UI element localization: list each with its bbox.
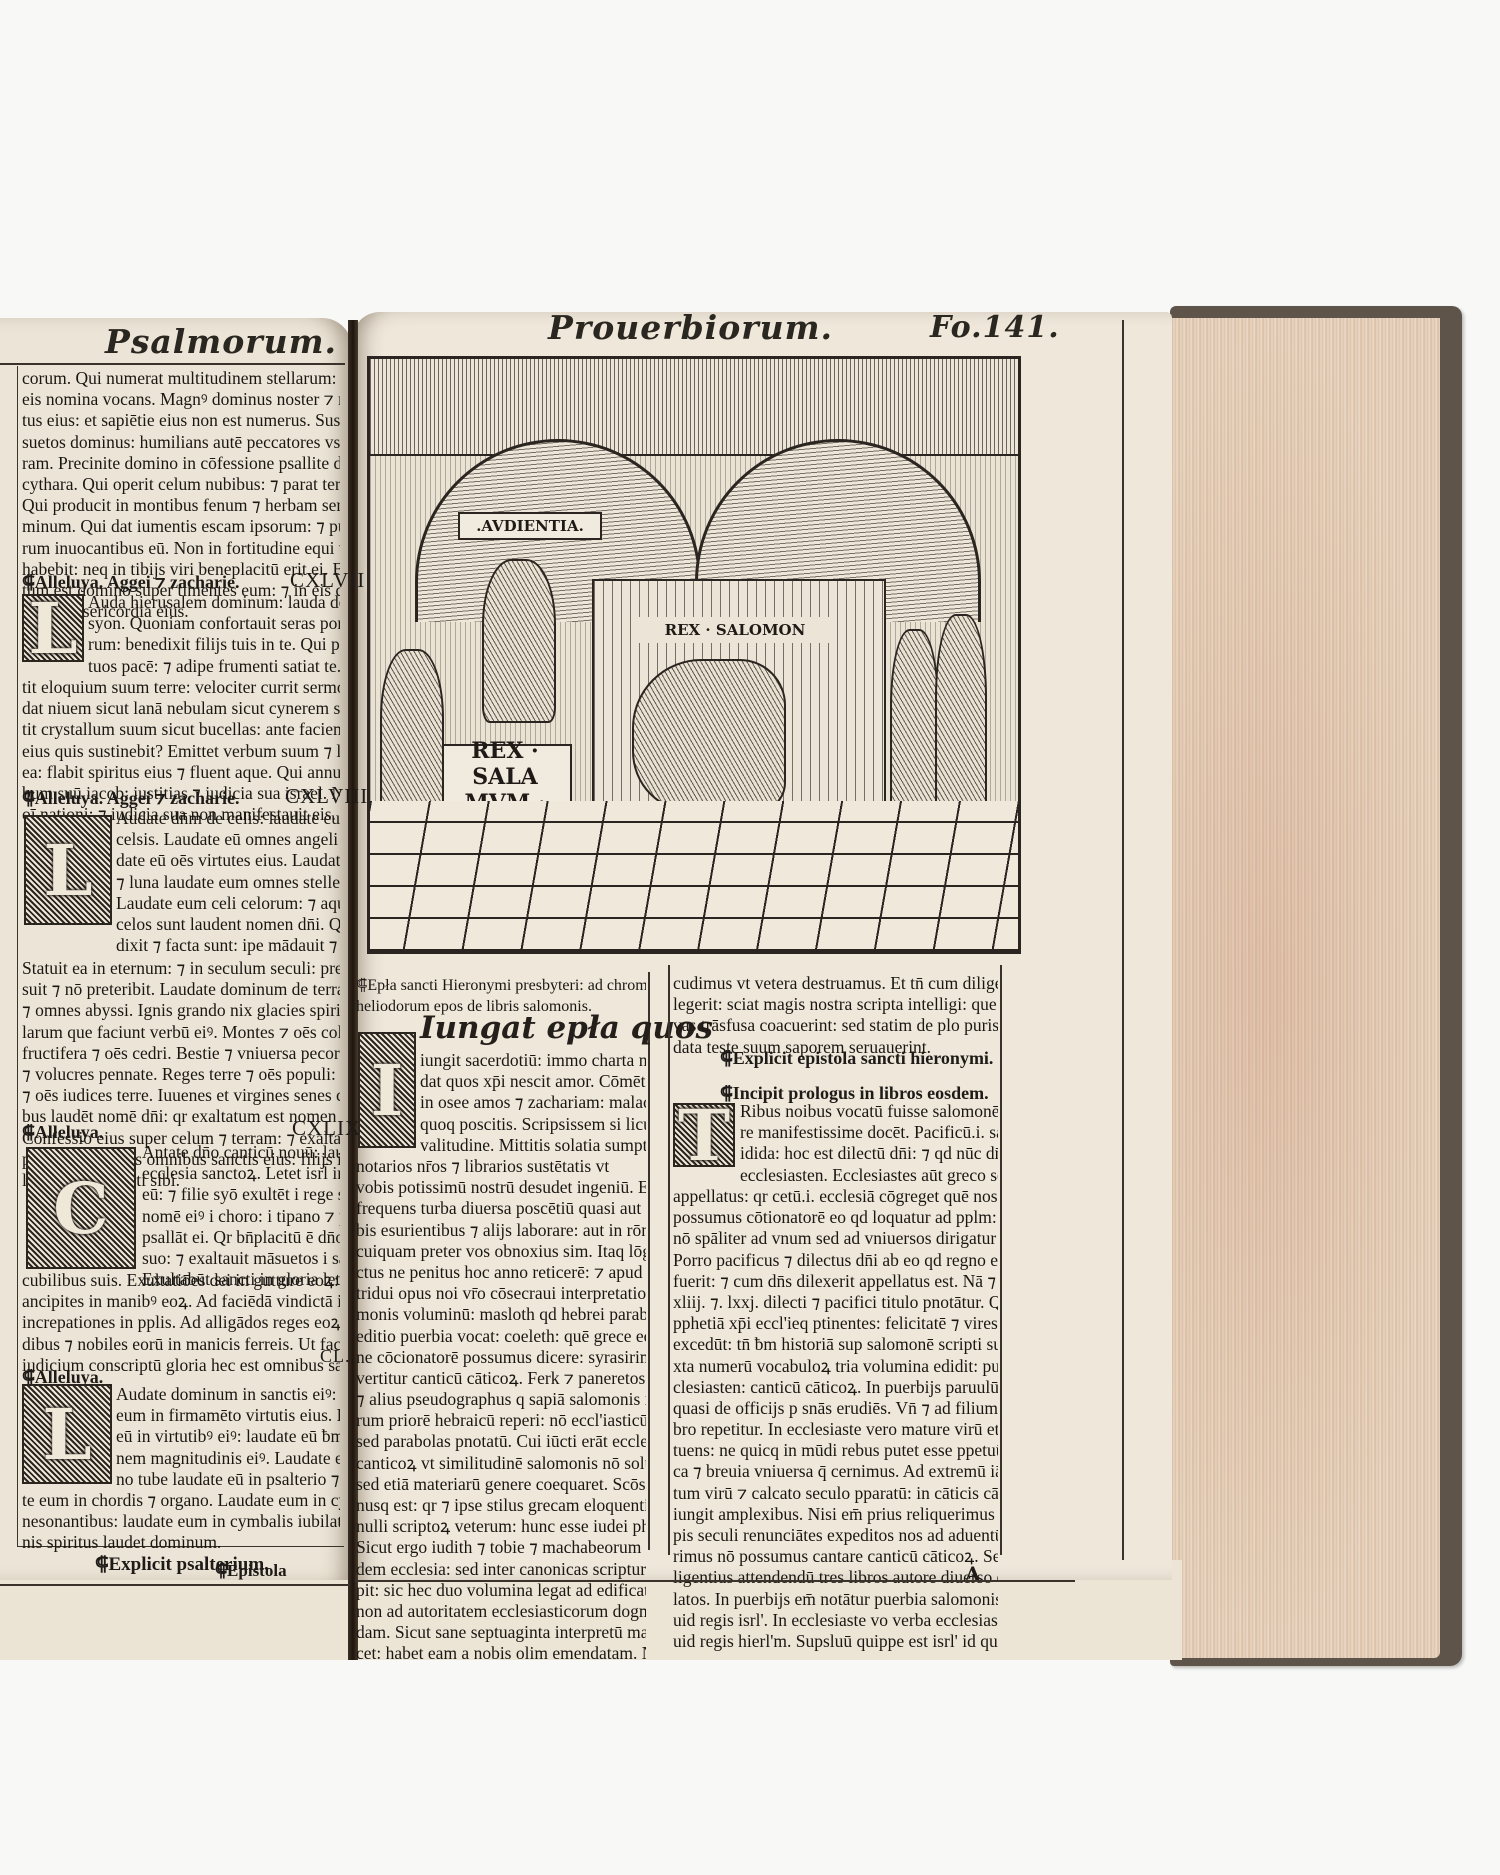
psalm-150-text: te eum in chordis ⁊ organo. Laudate eum … xyxy=(22,1490,340,1554)
right-page-bottom-rule xyxy=(355,1580,1075,1582)
psalm-149-rubric: ⸿Alleluya. xyxy=(22,1120,103,1144)
woodcut-figure-crowned-king xyxy=(380,649,444,823)
psalm-150-initial: L xyxy=(22,1384,112,1484)
left-running-head: Psalmorum. xyxy=(105,322,337,361)
psalm-150-numeral: CL. xyxy=(320,1346,351,1367)
psalm-148-numeral: CXLVIII xyxy=(285,784,368,809)
explicit-epistola: ⸿Explicit epistola sancti hieronymi. xyxy=(720,1046,993,1070)
right-running-head: Prouerbiorum. xyxy=(548,308,833,347)
prologue-text: appellatus: qr cetū.i. ecclesiā cōgreget… xyxy=(673,1186,998,1652)
psalm-147-numeral: CXLVII xyxy=(290,568,365,593)
catchword: ⸿Epistola xyxy=(215,1558,287,1581)
signature-mark: A xyxy=(965,1562,981,1586)
prologue-text-indent: Ribus noibus vocatū fuisse salomonē scri… xyxy=(740,1101,998,1186)
column-rule-2-right xyxy=(1000,965,1002,1555)
psalm-149-numeral: CXLIX xyxy=(292,1116,361,1141)
column-rule-1 xyxy=(648,972,650,1550)
psalm-149-text-indent: Antate dn̄o canticū nouū: laus eiꝰ in ec… xyxy=(142,1142,340,1290)
column-rule-2-left xyxy=(668,965,670,1555)
psalm-149-text: cubilibus suis. Exultatiōes dei in guttu… xyxy=(22,1270,340,1376)
psalm-148-text-indent: Audate dn̄m de celis: laudate eum in ex … xyxy=(116,808,340,956)
psalm-148-rubric: ⸿Alleluya. Aggei ⁊ zacharie. xyxy=(22,786,240,810)
psalm-147-initial: L xyxy=(22,594,84,662)
woodcut-label-rex-salomon: REX · SALOMON xyxy=(635,617,835,643)
psalm-148-initial: L xyxy=(24,815,112,925)
epistle-initial: I xyxy=(358,1032,416,1148)
woodcut-figure-attendant-2 xyxy=(935,614,987,823)
psalm-147-text-indent: Auda hierusalem dominum: lauda deum tuum… xyxy=(88,592,340,677)
prologue-initial: T xyxy=(673,1103,735,1167)
woodcut-figure-sleeping-solomon xyxy=(632,659,786,813)
woodcut-garland-frieze xyxy=(370,359,1018,456)
woodcut-label-audientia: .AVDIENTIA. xyxy=(458,512,602,540)
right-margin-rule xyxy=(1122,320,1124,1560)
psalm-149-initial: C xyxy=(26,1147,136,1269)
woodcut-tiled-floor xyxy=(370,801,1018,951)
left-page-bottom-edge xyxy=(0,1584,350,1586)
woodcut-figure-attendant-1 xyxy=(890,629,939,823)
epistle-text: notarios nr̄os ⁊ librarios sustētatis vt… xyxy=(356,1156,646,1665)
woodcut-illustration: .AVDIENTIA. REX · SALOMON REX · SALA MVM… xyxy=(367,356,1021,954)
epistle-text-indent: iungit sacerdotiū: immo charta nō diui d… xyxy=(420,1050,646,1156)
woodcut-figure-counsellor xyxy=(482,559,556,723)
left-head-rule xyxy=(0,363,345,365)
psalm-150-text-indent: Audate dominum in sanctis eiꝰ: laudate e… xyxy=(116,1384,340,1490)
fore-edge-pages xyxy=(1160,318,1440,1658)
folio-number: Fo.141. xyxy=(930,310,1060,345)
